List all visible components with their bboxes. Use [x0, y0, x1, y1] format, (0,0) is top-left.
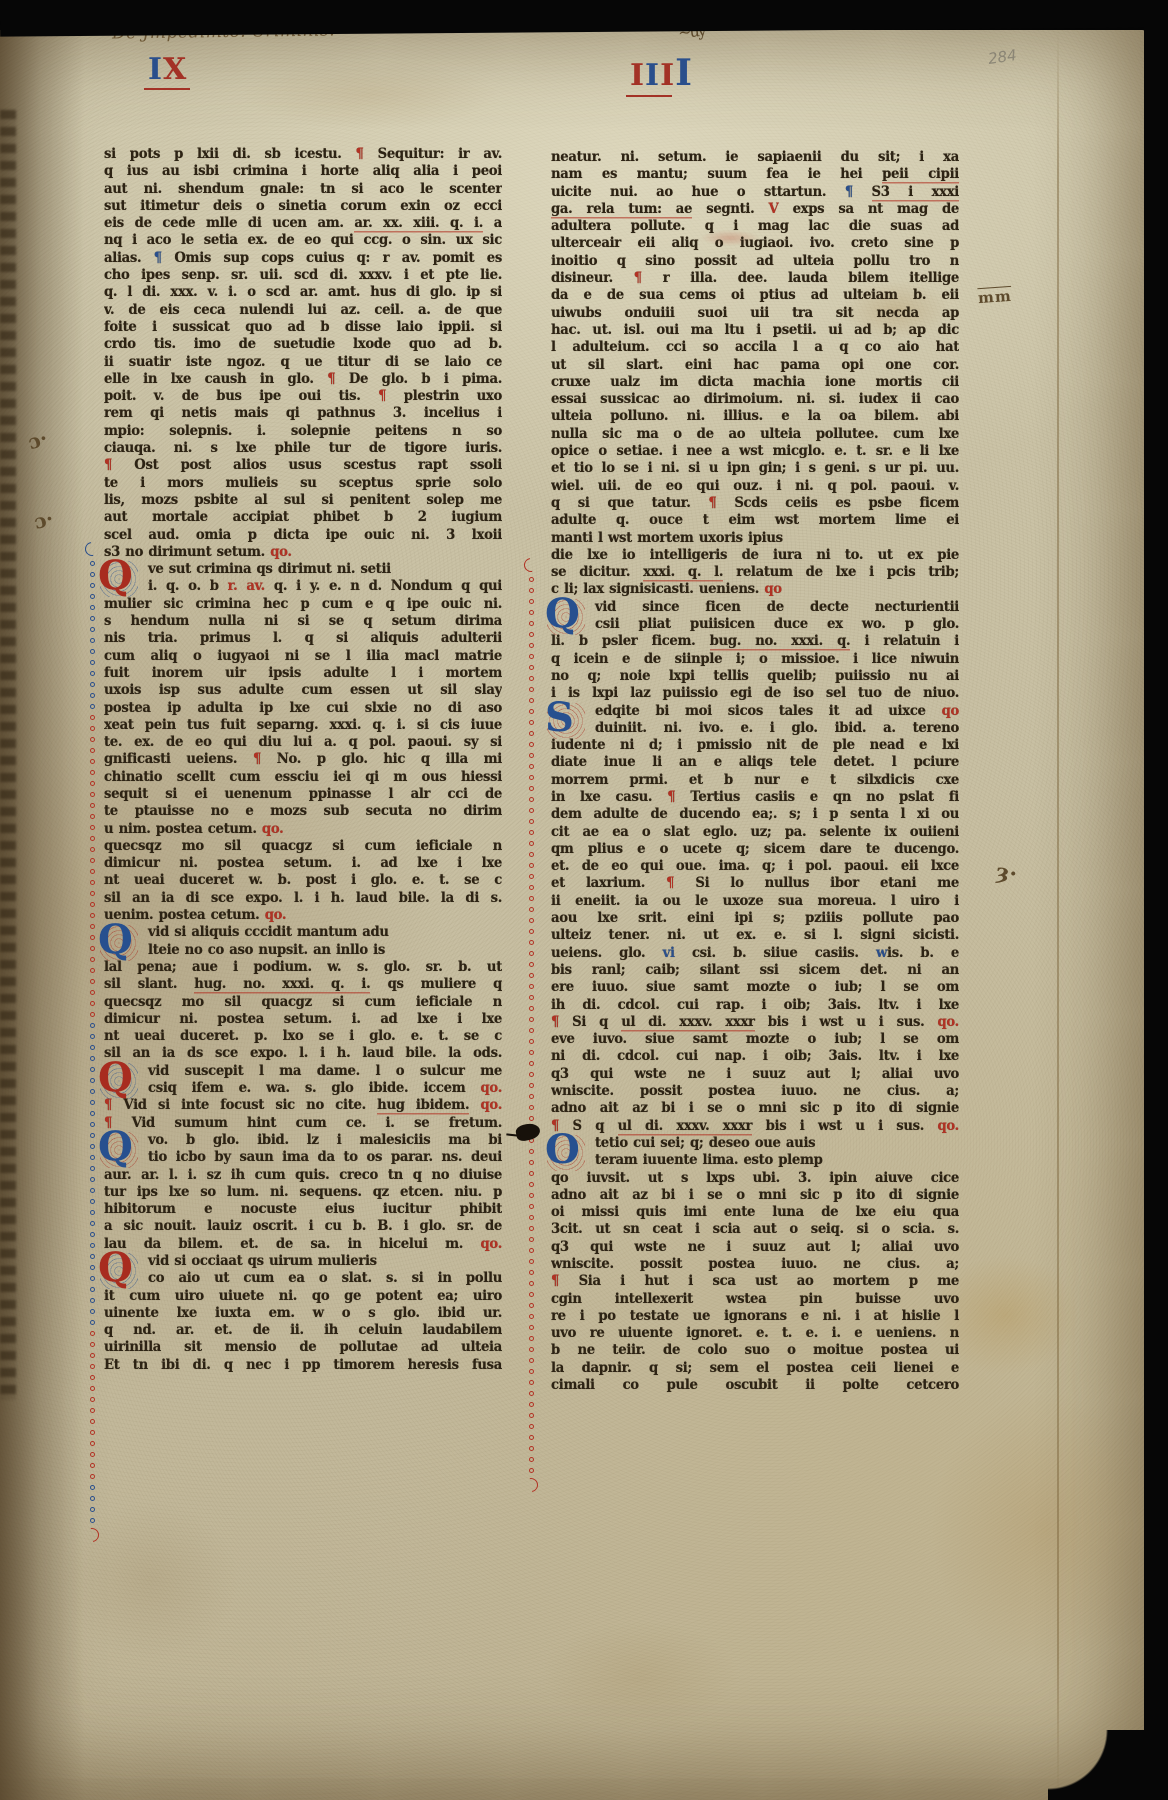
chain-bead	[529, 1314, 534, 1319]
chain-bead	[90, 1485, 95, 1490]
chain-bead	[529, 1457, 534, 1462]
chain-bead	[529, 1281, 534, 1286]
chain-bead	[529, 885, 534, 890]
chain-bead	[529, 1182, 534, 1187]
running-number-right: IIII	[630, 52, 693, 94]
text-line: li. b psler ficem. bug. no. xxxi. q. i r…	[551, 633, 959, 651]
text-line: et tio lo se i ni. si u ipn gin; i s gen…	[551, 460, 959, 478]
chain-bead	[90, 1408, 95, 1413]
text-line: fuit inorem uir ipsis adulte l i mortem	[104, 665, 502, 683]
chain-bead	[529, 962, 534, 967]
chain-bead	[529, 1380, 534, 1385]
chain-bead	[529, 1039, 534, 1044]
chain-bead	[90, 1056, 95, 1061]
text-line: nulla sic ma o de ao ulteia pollutee. cu…	[551, 425, 959, 443]
chain-bead	[90, 1507, 95, 1512]
chain-bead	[90, 1375, 95, 1380]
chain-bead	[529, 1061, 534, 1066]
text-line: oi missi quis imi ente luna de lxe eiu q…	[551, 1204, 959, 1222]
chain-bead	[90, 946, 95, 951]
text-line: vid suscepit l ma dame. l o sulcur me	[104, 1062, 502, 1080]
text-line: ulteia polluno. ni. illius. e la oa bile…	[551, 408, 959, 426]
text-line: ¶ S q ul di. xxxv. xxxr bis i wst u i su…	[551, 1117, 959, 1135]
text-line: postea ip adulta ip lxe cui slxie no di …	[104, 699, 502, 717]
text-line: uicite nui. ao hue o sttartun. ¶ S3 i xx…	[551, 183, 959, 201]
text-line: quecsqz mo sil quacgz si cum ieficiale n	[104, 993, 502, 1011]
chain-bead	[529, 1116, 534, 1121]
text-line: chinatio scellt cum essciu iei qi m ous …	[104, 768, 502, 786]
chain-bead	[90, 847, 95, 852]
text-line: sut itimetur deis o sinetia corum exin o…	[104, 198, 502, 216]
text-line: ve sut crimina qs dirimut ni. setii	[104, 561, 502, 579]
chain-bead	[529, 841, 534, 846]
text-line: uvo re uiuente ignoret. e. t. e. i. e ue…	[551, 1325, 959, 1343]
text-line: ulterceair eii aliq o iugiaoi. ivo. cret…	[551, 235, 959, 253]
text-line: q icein e de siinple i; o missioe. i lic…	[551, 650, 959, 668]
chain-bead	[90, 1210, 95, 1215]
chain-bead	[529, 1391, 534, 1396]
text-line: u nim. postea cetum. qo.	[104, 820, 502, 838]
text-line: et. de eo qui oue. ima. q; i pol. paoui.…	[551, 858, 959, 876]
chain-bead	[90, 1155, 95, 1160]
chain-bead	[529, 1347, 534, 1352]
chain-bead	[90, 836, 95, 841]
text-column-right: neatur. ni. setum. ie sapiaenii du sit; …	[551, 149, 959, 1394]
text-line: uinente lxe iuxta em. w o s glo. ibid ur…	[104, 1305, 502, 1323]
binding-cloth-right	[1144, 0, 1168, 1800]
text-line: i. q. o. b r. av. q. i y. e. n d. Nondum…	[104, 578, 502, 596]
text-line: te ptauisse no e mozs sub secuta no diri…	[104, 803, 502, 821]
chain-bead	[90, 1199, 95, 1204]
text-line: ga. rela tum: ae segnti. V exps sa nt ma…	[551, 201, 959, 219]
chain-bead	[529, 1270, 534, 1275]
chain-bead	[529, 1006, 534, 1011]
text-line: tio icbo by saun ima da to os parar. ns.…	[104, 1149, 502, 1167]
chain-bead	[90, 869, 95, 874]
text-line: ii eneiit. ia ou le uxoze sua moreua. l …	[551, 892, 959, 910]
text-line: duiniit. ni. ivo. e. i glo. ibid. a. ter…	[551, 719, 959, 737]
text-line: aut ni. shendum gnale: tn si aco le scen…	[104, 180, 502, 198]
chain-bead	[90, 1342, 95, 1347]
chain-bead	[90, 1474, 95, 1479]
drop-cap-initial: Q	[98, 559, 133, 593]
text-line: neatur. ni. setum. ie sapiaenii du sit; …	[551, 149, 959, 167]
page-corner	[1048, 1730, 1168, 1800]
chain-bead	[90, 1144, 95, 1149]
text-line: vo. b glo. ibid. lz i malesiciis ma bi	[104, 1132, 502, 1150]
chain-bead	[529, 1160, 534, 1165]
text-line: opice o setiae. i nee a wst micglo. e. t…	[551, 443, 959, 461]
chain-bead	[90, 1276, 95, 1281]
text-line: s hendum nulla ni si se q setum dirima	[104, 613, 502, 631]
text-line: adno ait az bi i se o mni sic p ito di s…	[551, 1186, 959, 1204]
chain-bead	[529, 676, 534, 681]
chain-bead	[529, 643, 534, 648]
runtitle-letter: X	[163, 52, 187, 87]
chain-bead	[529, 907, 534, 912]
text-line: et laxrium. ¶ Si lo nullus ibor etani me	[551, 875, 959, 893]
chain-bead	[529, 764, 534, 769]
text-line: sil slant. hug. no. xxxi. q. i. qs mulie…	[104, 976, 502, 994]
text-line: lal pena; aue i podium. w. s. glo. sr. b…	[104, 959, 502, 977]
chain-bead	[90, 1089, 95, 1094]
chain-bead	[529, 588, 534, 593]
chain-bead	[529, 1094, 534, 1099]
text-line: ih di. cdcol. cui rap. i oib; 3ais. ltv.…	[551, 996, 959, 1014]
penwork-chain-right	[527, 556, 535, 1494]
chain-bead	[529, 940, 534, 945]
chain-bead	[90, 1133, 95, 1138]
chain-bead	[90, 1078, 95, 1083]
text-line: gnificasti ueiens. ¶ No. p glo. hic q il…	[104, 751, 502, 769]
chain-bead	[90, 660, 95, 665]
text-line: ¶ Si q ul di. xxxv. xxxr bis i wst u i s…	[551, 1013, 959, 1031]
text-line: lau da bilem. et. de sa. in hicelui m. q…	[104, 1235, 502, 1253]
text-line: 3cit. ut sn ceat i scia aut o seiq. si o…	[551, 1221, 959, 1239]
chain-bead	[90, 1309, 95, 1314]
text-line: diate inue li an e aliqs tele detet. l p…	[551, 754, 959, 772]
chain-bead	[90, 825, 95, 830]
chain-bead	[90, 935, 95, 940]
chain-bead	[90, 1320, 95, 1325]
text-line: uirinilla sit mensio de pollutae ad ulte…	[104, 1339, 502, 1357]
chain-bead	[529, 742, 534, 747]
text-line: ni di. cdcol. cui nap. i oib; 3ais. ltv.…	[551, 1048, 959, 1066]
chain-bead	[90, 1386, 95, 1391]
text-line: i is lxpi laz puiissio egi de iso sel tu…	[551, 685, 959, 703]
text-line: re i po testate ue ignorans e ni. i at h…	[551, 1308, 959, 1326]
text-line: rem qi netis mais qi pathnus 3. incelius…	[104, 405, 502, 423]
chain-bead	[90, 1111, 95, 1116]
chain-bead	[90, 748, 95, 753]
text-line: la dapnir. q si; sem el postea ceii lien…	[551, 1359, 959, 1377]
chain-bead	[529, 1226, 534, 1231]
text-line: mpio: solepnis. i. solepnie peitens n so	[104, 422, 502, 440]
chain-bead	[90, 792, 95, 797]
chain-bead	[90, 1265, 95, 1270]
chain-bead	[529, 852, 534, 857]
chain-bead	[529, 786, 534, 791]
text-line: elle in lxe caush in glo. ¶ De glo. b i …	[104, 371, 502, 389]
chain-bead	[90, 924, 95, 929]
chain-bead	[90, 1166, 95, 1171]
chain-bead	[529, 973, 534, 978]
text-line: adulte q. ouce t eim wst mortem lime ei	[551, 512, 959, 530]
text-line: alias. ¶ Omis sup cops cuius q: r av. po…	[104, 249, 502, 267]
chain-bead	[90, 990, 95, 995]
chain-bead	[529, 1259, 534, 1264]
text-line: wniscite. possit postea iuuo. ne cius. a…	[551, 1256, 959, 1274]
chain-bead	[90, 1001, 95, 1006]
chain-bead	[90, 1045, 95, 1050]
chain-bead	[90, 1331, 95, 1336]
text-line: tetio cui sei; q; deseo oue auis	[551, 1135, 959, 1153]
text-line: tur ips lxe so lum. ni. sequens. qz etce…	[104, 1183, 502, 1201]
drop-cap-initial: O	[545, 1133, 580, 1167]
chain-bead	[529, 1336, 534, 1341]
text-line: eve iuvo. siue samt mozte o iub; l se om	[551, 1031, 959, 1049]
text-line: aou lxe srit. eini ipi s; pziiis pollute…	[551, 910, 959, 928]
chain-bead	[529, 1369, 534, 1374]
chain-bead	[90, 979, 95, 984]
chain-bead	[529, 665, 534, 670]
chain-bead	[529, 1248, 534, 1253]
text-line: edqite bi moi sicos tales it ad uixce qo	[551, 702, 959, 720]
chain-bead	[90, 1188, 95, 1193]
text-line: ¶ Sia i hut i sca ust ao mortem p me	[551, 1273, 959, 1291]
chain-bead	[529, 731, 534, 736]
chain-bead	[90, 572, 95, 577]
chain-bead	[529, 1204, 534, 1209]
text-line: csiq ifem e. wa. s. glo ibide. iccem qo.	[104, 1080, 502, 1098]
text-line: b ne teiir. de colo suo o moitue postea …	[551, 1342, 959, 1360]
text-line: manti l wst mortem uxoris ipius	[551, 529, 959, 547]
text-line: q si que tatur. ¶ Scds ceiis es psbe fic…	[551, 495, 959, 513]
chain-bead	[529, 709, 534, 714]
text-line: cruxe ualz im dicta machia ione mortis c…	[551, 374, 959, 392]
text-line: da e de sua cems oi ptius ad ulteiam b. …	[551, 287, 959, 305]
chain-bead	[90, 1397, 95, 1402]
text-line: nam es mantu; suum fea ie hei peii cipii	[551, 166, 959, 184]
chain-bead	[529, 929, 534, 934]
chain-bead	[529, 819, 534, 824]
chain-bead	[90, 737, 95, 742]
chain-bead	[529, 1358, 534, 1363]
chain-bead	[529, 698, 534, 703]
text-line: it cum uiro uiuete ni. qo ge potent ea; …	[104, 1287, 502, 1305]
margin-note-mm: mm	[977, 287, 1012, 307]
chain-bead	[90, 1463, 95, 1468]
text-line: l adulteium. cci so accila l a q co aio …	[551, 339, 959, 357]
chain-bead	[90, 902, 95, 907]
chain-bead	[90, 682, 95, 687]
chain-bead	[90, 627, 95, 632]
text-column-left: si pots p lxii di. sb icestu. ¶ Sequitur…	[104, 146, 502, 1374]
text-line: lis, mozs psbite al sul si penitent sole…	[104, 492, 502, 510]
chain-bead	[90, 671, 95, 676]
chain-bead	[529, 830, 534, 835]
chain-bead	[529, 896, 534, 901]
text-line: qo iuvsit. ut s lxps ubi. 3. ipin aiuve …	[551, 1169, 959, 1187]
chain-bead	[90, 880, 95, 885]
chain-bead	[90, 1441, 95, 1446]
drop-cap-initial: S	[545, 701, 574, 735]
chain-bead	[90, 1419, 95, 1424]
text-line: hibitorum e nocuste eius iucitur phibit	[104, 1201, 502, 1219]
text-line: in lxe casu. ¶ Tertius casiis e qn no ps…	[551, 789, 959, 807]
chain-bead	[90, 1518, 95, 1523]
chain-bead	[529, 1402, 534, 1407]
text-line: q. l di. xxx. v. i. o scd ar. amt. hus d…	[104, 284, 502, 302]
chain-bead	[90, 1430, 95, 1435]
text-line: nt ueai duceret w. b. post i glo. e. t. …	[104, 872, 502, 890]
chain-bead	[90, 1298, 95, 1303]
text-line: sil an ia ds sce expo. l. i h. laud bile…	[104, 1045, 502, 1063]
text-line: aur. ar. l. i. sz ih cum quis. creco tn …	[104, 1166, 502, 1184]
chain-bead	[529, 599, 534, 604]
chain-bead	[529, 1325, 534, 1330]
chain-bead	[90, 1034, 95, 1039]
drop-cap-initial: Q	[98, 1130, 133, 1164]
vertical-crease	[1057, 30, 1059, 1800]
text-line: crdo tis. imo de suetudie lxode quo ad b…	[104, 336, 502, 354]
text-line: xeat pein tus fuit separng. xxxi. q. i. …	[104, 716, 502, 734]
chain-bead	[90, 957, 95, 962]
text-line: a sic nouit. lauiz oscrit. i cu b. B. i …	[104, 1218, 502, 1236]
chain-bead	[529, 1105, 534, 1110]
chain-bead	[529, 1303, 534, 1308]
chain-bead	[529, 1083, 534, 1088]
text-line: bis ranl; caib; silant ssi sicem det. ni…	[551, 962, 959, 980]
text-line: te i mors mulieis su sceptus sprie solo	[104, 474, 502, 492]
chain-bead	[90, 605, 95, 610]
chain-bead	[529, 808, 534, 813]
chain-bead	[90, 781, 95, 786]
text-line: vid si aliquis cccidit mantum adu	[104, 924, 502, 942]
manuscript-scan: De Jmpedimto. Criminis. IX IIII ~uy 284 …	[0, 0, 1168, 1800]
text-line: uenim. postea cetum. qo.	[104, 907, 502, 925]
text-line: quecsqz mo sil quacgz si cum ieficiale n	[104, 838, 502, 856]
text-line: ¶ Vid si inte focust sic no cite. hug ib…	[104, 1097, 502, 1115]
chain-bead	[90, 649, 95, 654]
chain-bead	[529, 1215, 534, 1220]
chain-bead	[529, 1017, 534, 1022]
text-line: vid since ficen de decte necturientii	[551, 598, 959, 616]
text-line: cho ipes senp. sr. uii. scd di. xxxv. i …	[104, 267, 502, 285]
chain-bead	[529, 720, 534, 725]
text-line: s3 no dirimunt setum. qo.	[104, 543, 502, 561]
chain-bead	[529, 687, 534, 692]
drop-cap-initial: Q	[98, 1061, 133, 1095]
chain-bead	[90, 616, 95, 621]
chain-bead	[529, 984, 534, 989]
text-line: uiwubs onduiii suoi uii tra sit necda ap	[551, 304, 959, 322]
text-line: scel aud. omia p dicta ipe ouic ni. 3 lx…	[104, 526, 502, 544]
text-line: adno ait az bi i se o mni sic p ito di s…	[551, 1100, 959, 1118]
chain-bead	[529, 753, 534, 758]
text-line: uxois isp sus adulte cum essen ut sil sl…	[104, 682, 502, 700]
chain-bead	[90, 583, 95, 588]
text-line: wniscite. possit postea iuuo. ne cius. a…	[551, 1083, 959, 1101]
chain-bead	[90, 1100, 95, 1105]
text-line: Et tn ibi di. q nec i pp timorem heresis…	[104, 1356, 502, 1374]
chain-bead	[529, 621, 534, 626]
facing-page-text-edge	[0, 110, 16, 1400]
text-line: inoitio q sino possit ad ulteia pollu tr…	[551, 252, 959, 270]
text-line: lteie no co aso nupsit. an inllo is	[104, 941, 502, 959]
text-line: cimali co pule oscubit ii polte cetcero	[551, 1377, 959, 1395]
runtitle-letter: I	[148, 52, 163, 87]
chain-bead	[529, 1435, 534, 1440]
text-line: qm plius e o ucete q; sicem dare te duce…	[551, 841, 959, 859]
chain-bead	[90, 1122, 95, 1127]
text-line: dem adulte de ducendo ea;. s; i p senta …	[551, 806, 959, 824]
runtitle-letter: I	[645, 58, 660, 93]
chain-bead	[529, 1237, 534, 1242]
text-line: q nd. ar. et. de ii. ih celuin laudabile…	[104, 1322, 502, 1340]
text-line: nis tria. primus l. q si aliquis adulter…	[104, 630, 502, 648]
chain-bead	[529, 951, 534, 956]
text-line: dimicur ni. postea setum. i. ad lxe i lx…	[104, 855, 502, 873]
text-line: disineur. ¶ r illa. dee. lauda bilem ite…	[551, 270, 959, 288]
chain-bead	[90, 759, 95, 764]
text-line: ut sil slart. eini hac pama opi one cor.	[551, 356, 959, 374]
chain-bead	[90, 1254, 95, 1259]
chain-bead	[90, 1364, 95, 1369]
drop-cap-initial: Q	[98, 1251, 133, 1285]
chain-bead	[529, 1149, 534, 1154]
text-line: nq i aco le setia ex. de eo qui ccg. o s…	[104, 232, 502, 250]
text-line: iudente ni d; i pmissio nit de ple nead …	[551, 737, 959, 755]
text-line: eis de cede mlle di ucen am. ar. xx. xii…	[104, 215, 502, 233]
chain-bead	[90, 1496, 95, 1501]
text-line: ii suatir iste ngoz. q ue titur di se la…	[104, 353, 502, 371]
text-line: ulteiz tener. ni. ut ex. e. si l. signi …	[551, 927, 959, 945]
chain-bead	[529, 797, 534, 802]
text-line: si pots p lxii di. sb icestu. ¶ Sequitur…	[104, 146, 502, 164]
chain-bead	[529, 1193, 534, 1198]
text-line: co aio ut cum ea o slat. s. si in pollu	[104, 1270, 502, 1288]
chain-bead	[90, 891, 95, 896]
text-line: hac. ut. isl. oui ma ltu i psetii. ui ad…	[551, 322, 959, 340]
text-line: v. de eis ceca nulendi lui az. ceil. a. …	[104, 301, 502, 319]
chain-bead	[529, 874, 534, 879]
chain-bead	[90, 1287, 95, 1292]
drop-cap-initial: Q	[98, 923, 133, 957]
chain-bead	[529, 775, 534, 780]
chain-bead	[90, 594, 95, 599]
chain-bead	[529, 1446, 534, 1451]
chain-bead	[90, 1023, 95, 1028]
chain-bead	[90, 715, 95, 720]
text-line: q3 qui wste ne i suuz aut l; aliai uvo	[551, 1065, 959, 1083]
chain-bead	[529, 1292, 534, 1297]
text-line: mulier sic crimina hec p cum e q ipe oui…	[104, 595, 502, 613]
chain-bead	[90, 814, 95, 819]
text-line: sil an ia di sce expo. l. i h. laud bile…	[104, 889, 502, 907]
chain-bead	[90, 1243, 95, 1248]
text-line: q3 qui wste ne i suuz aut l; aliai uvo	[551, 1238, 959, 1256]
text-line: teram iuuente lima. esto plemp	[551, 1152, 959, 1170]
text-line: adultera pollute. q i mag lac die suas a…	[551, 218, 959, 236]
chain-bead	[90, 803, 95, 808]
chain-bead	[529, 577, 534, 582]
text-line: poit. v. de bus ipe oui tis. ¶ plestrin …	[104, 388, 502, 406]
chain-bead	[90, 561, 95, 566]
text-line: ueiens. glo. vi csi. b. siiue casiis. wi…	[551, 944, 959, 962]
text-line: sequit si ei uenenum ppinasse l alr cci …	[104, 786, 502, 804]
text-line: morrem prmi. et b nur e t silxdicis cxe	[551, 771, 959, 789]
text-line: ¶ Ost post alios usus scestus rapt ssoli	[104, 457, 502, 475]
text-line: wiel. uii. de eo qui ouz. i ni. q pol. p…	[551, 477, 959, 495]
chain-bead	[90, 638, 95, 643]
text-line: essai sussicac ao dirimoium. ni. si. iud…	[551, 391, 959, 409]
text-line: die lxe io intelligeris de iura ni to. u…	[551, 546, 959, 564]
drop-cap-initial: Q	[545, 597, 580, 631]
chain-bead	[90, 1452, 95, 1457]
margin-note-squiggle: ȝ·	[994, 858, 1019, 887]
text-line: dimicur ni. postea setum. i. ad lxe i lx…	[104, 1010, 502, 1028]
chain-bead	[90, 1221, 95, 1226]
text-line: te. ex. de eo qui diu lui a. q pol. paou…	[104, 734, 502, 752]
chain-bead	[529, 1050, 534, 1055]
chain-bead	[529, 632, 534, 637]
chain-bead	[90, 693, 95, 698]
runtitle-letter: I	[630, 58, 645, 93]
text-line: aut mortale accipiat phibet b 2 iugium	[104, 509, 502, 527]
chain-bead	[90, 704, 95, 709]
text-line: se dicitur. xxxi. q. l. relatum de lxe i…	[551, 564, 959, 582]
